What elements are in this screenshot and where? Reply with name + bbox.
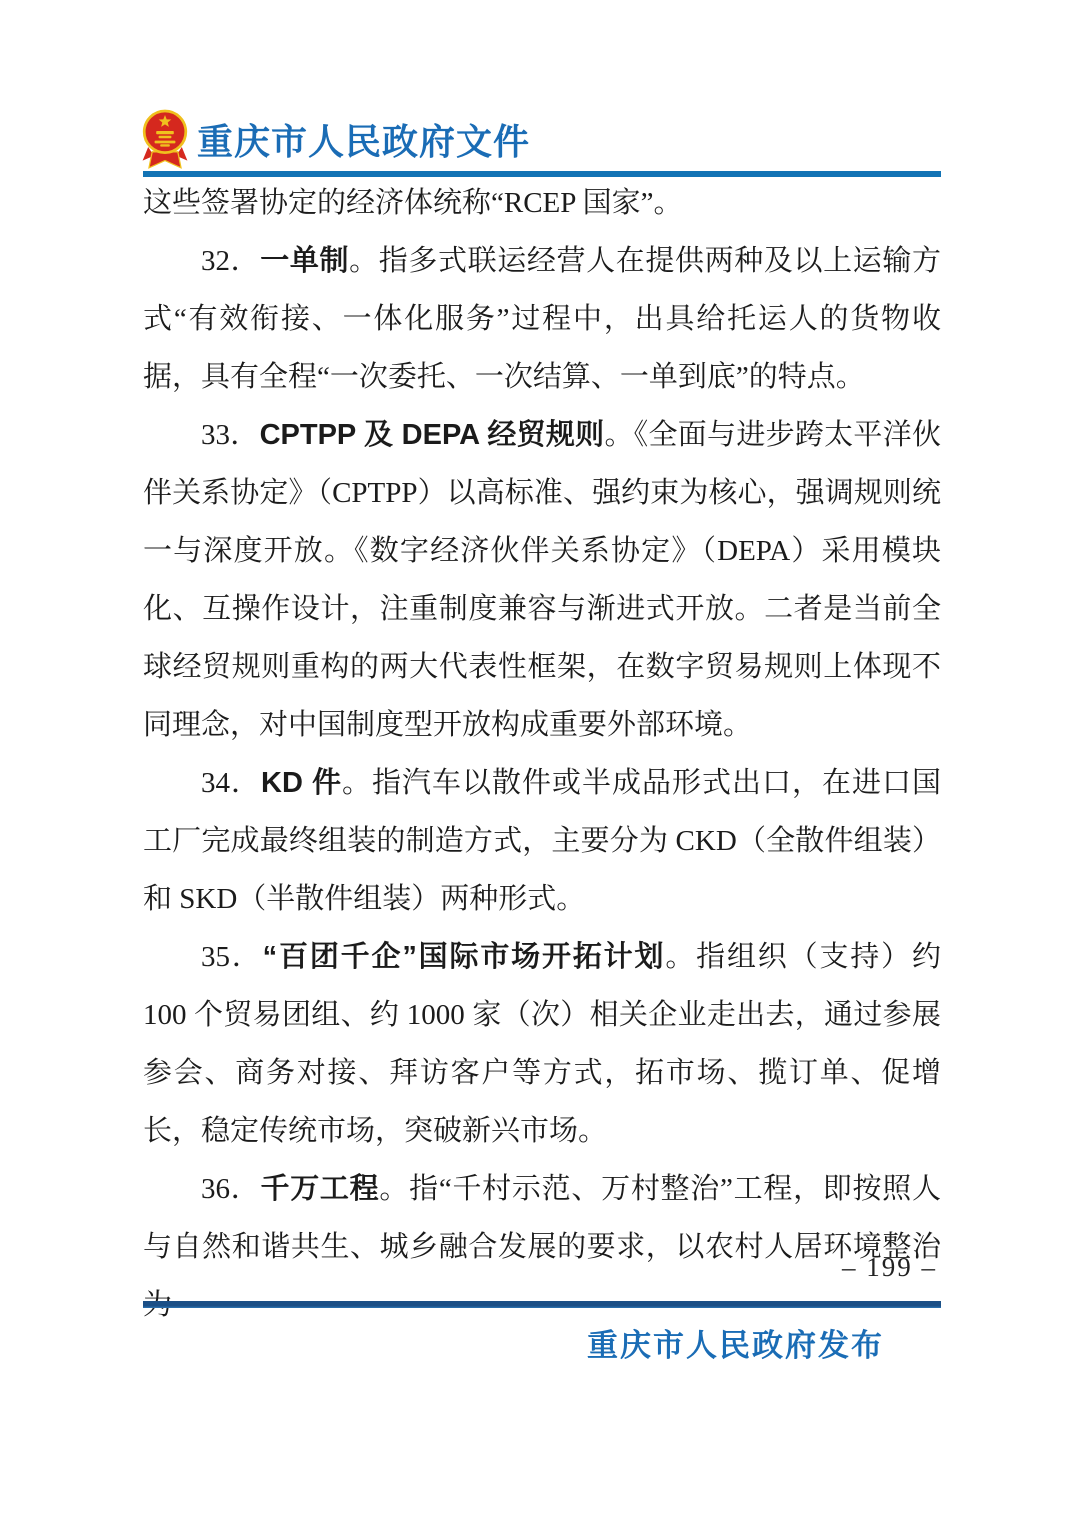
paragraph-item-34: 34．KD 件。指汽车以散件或半成品形式出口，在进口国工厂完成最终组装的制造方式…	[143, 754, 941, 928]
paragraph-item-35: 35．“百团千企”国际市场开拓计划。指组织（支持）约 100 个贸易团组、约 1…	[143, 928, 941, 1160]
publisher-label: 重庆市人民政府发布	[587, 1320, 884, 1365]
footer-divider	[143, 1301, 941, 1308]
document-header: 重庆市人民政府文件	[141, 106, 530, 172]
paragraph-intro: 这些签署协定的经济体统称“RCEP 国家”。	[143, 174, 941, 232]
item-term: “百团千企”国际市场开拓计划	[263, 941, 666, 973]
item-term: 一单制	[260, 245, 349, 277]
item-term: 千万工程	[260, 1173, 379, 1205]
paragraph-item-33: 33．CPTPP 及 DEPA 经贸规则。《全面与进步跨太平洋伙伴关系协定》（C…	[143, 406, 941, 754]
national-emblem-icon	[141, 107, 189, 171]
document-body: 这些签署协定的经济体统称“RCEP 国家”。 32．一单制。指多式联运经营人在提…	[143, 174, 941, 1334]
item-number: 33．	[201, 419, 260, 451]
document-page: 重庆市人民政府文件 这些签署协定的经济体统称“RCEP 国家”。 32．一单制。…	[0, 0, 1074, 1520]
item-term: CPTPP 及 DEPA 经贸规则	[260, 419, 605, 451]
item-number: 35．	[201, 941, 263, 973]
intro-text: 这些签署协定的经济体统称“RCEP 国家”。	[143, 187, 682, 219]
item-term: KD 件	[261, 767, 342, 799]
paragraph-item-32: 32．一单制。指多式联运经营人在提供两种及以上运输方式“有效衔接、一体化服务”过…	[143, 232, 941, 406]
page-number: – 199 –	[842, 1252, 937, 1283]
item-number: 34．	[201, 767, 261, 799]
item-number: 36．	[201, 1173, 260, 1205]
item-text: 。《全面与进步跨太平洋伙伴关系协定》（CPTPP）以高标准、强约束为核心，强调规…	[143, 419, 941, 741]
item-number: 32．	[201, 245, 260, 277]
header-title: 重庆市人民政府文件	[197, 114, 530, 165]
